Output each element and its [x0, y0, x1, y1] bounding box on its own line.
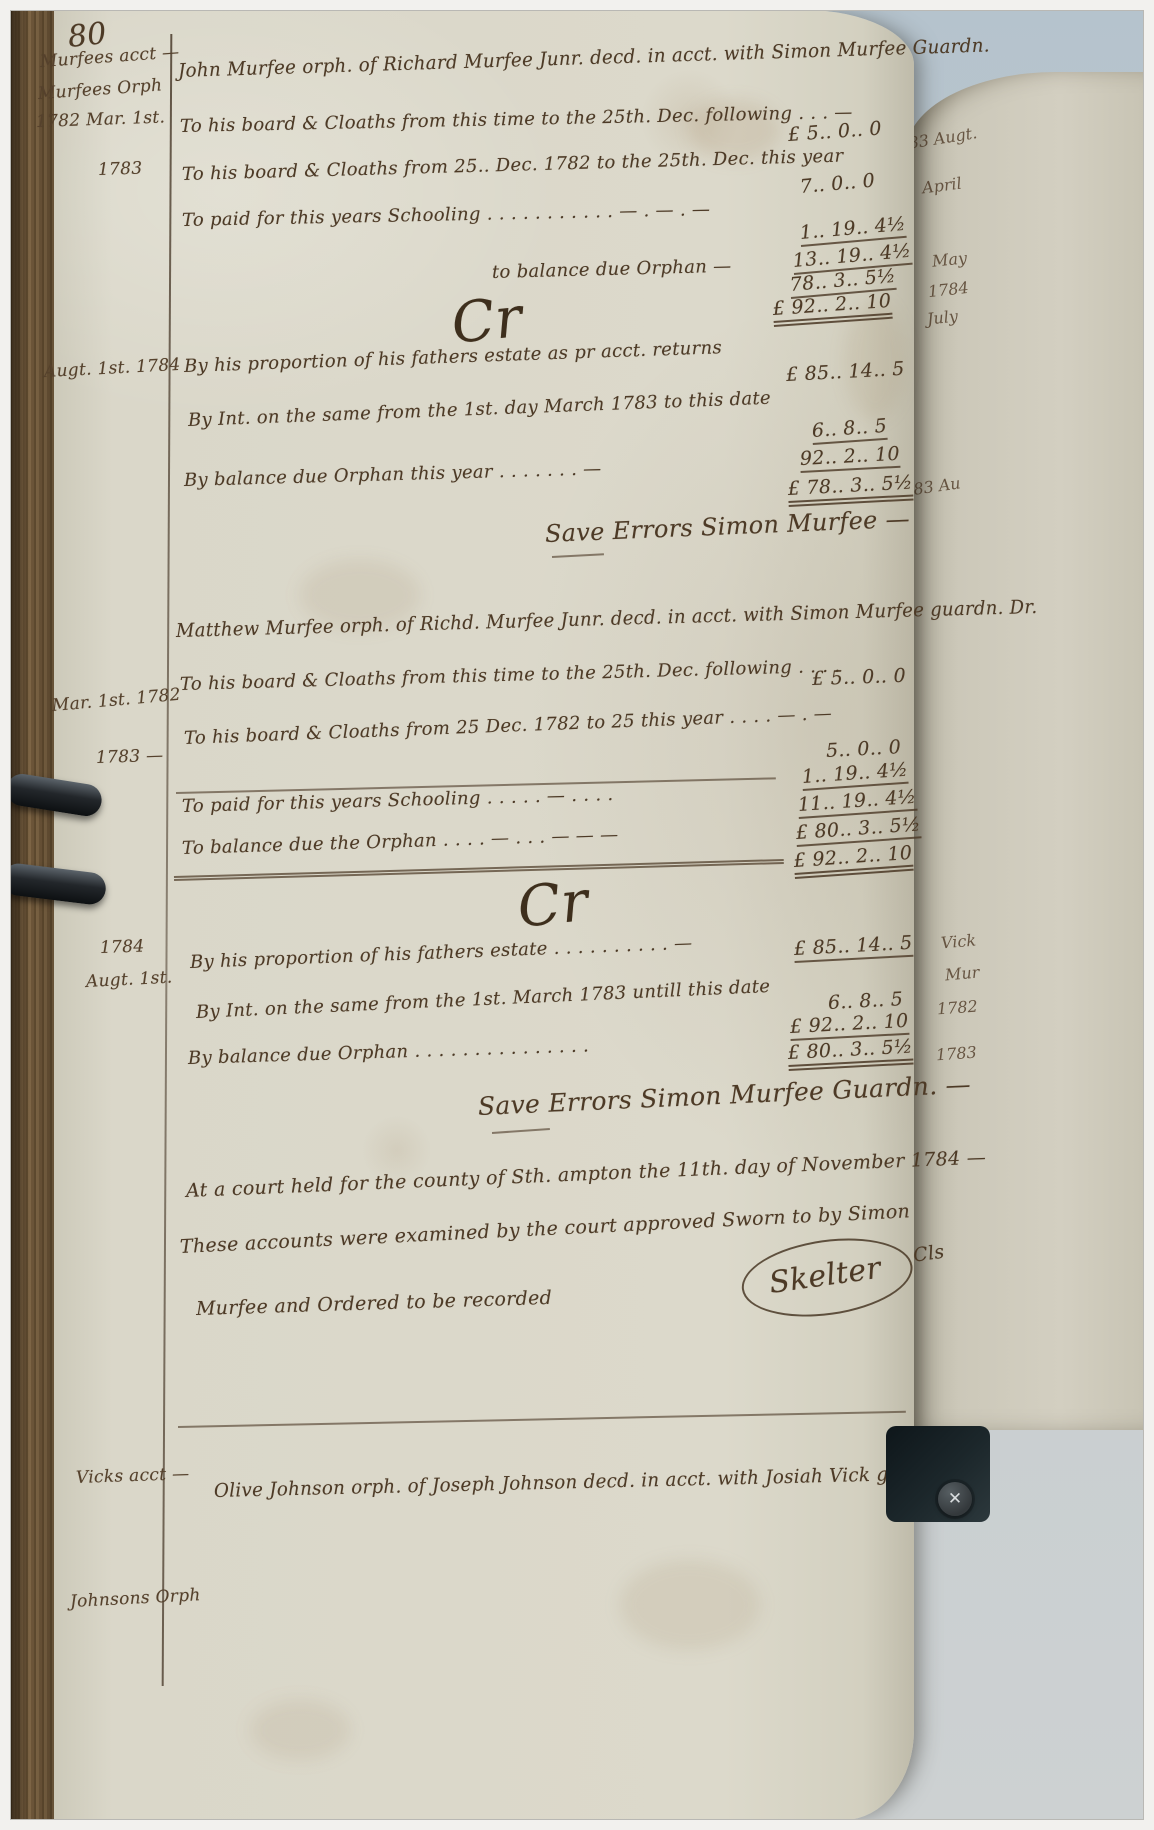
subtotal-amount: 92.. 2.. 10 — [799, 443, 900, 473]
margin-note: Vicks acct — — [76, 1464, 190, 1488]
close-button[interactable]: ✕ — [938, 1482, 972, 1516]
facing-fragment: 1784 — [927, 278, 969, 301]
ledger-photo: 1783 Augt. April May 1784 July 1783 Au V… — [0, 0, 1154, 1830]
paper-stain — [620, 1560, 760, 1650]
entry-amount: 6.. 8.. 5 — [811, 415, 888, 445]
margin-date: 1783 — — [96, 746, 164, 768]
entry-amount: 5.. 0.. 0 — [825, 736, 901, 762]
dark-corner — [886, 1426, 990, 1522]
facing-fragment: July — [926, 306, 959, 328]
facing-fragment: 1783 Augt. — [906, 123, 978, 156]
paper-stain — [250, 1700, 350, 1760]
facing-page: 1783 Augt. April May 1784 July 1783 Au V… — [906, 72, 1144, 1430]
book-spine — [10, 10, 54, 1820]
ledger-page — [52, 10, 914, 1820]
clerk-title: Cls — [912, 1241, 946, 1267]
facing-fragment: May — [931, 248, 968, 271]
facing-fragment: Mur — [944, 963, 980, 985]
facing-fragment: April — [921, 174, 963, 198]
facing-fragment: 1782 — [936, 997, 978, 1019]
facing-fragment: 1783 — [935, 1043, 977, 1065]
facing-fragment: 1783 Au — [906, 473, 962, 501]
margin-date: 1784 — [100, 936, 145, 958]
facing-fragment: Vick — [940, 931, 977, 953]
credit-mark: Cr — [515, 869, 592, 941]
margin-date: 1783 — [98, 158, 143, 180]
entry-amount: £ 5.. 0.. 0 — [812, 665, 907, 690]
